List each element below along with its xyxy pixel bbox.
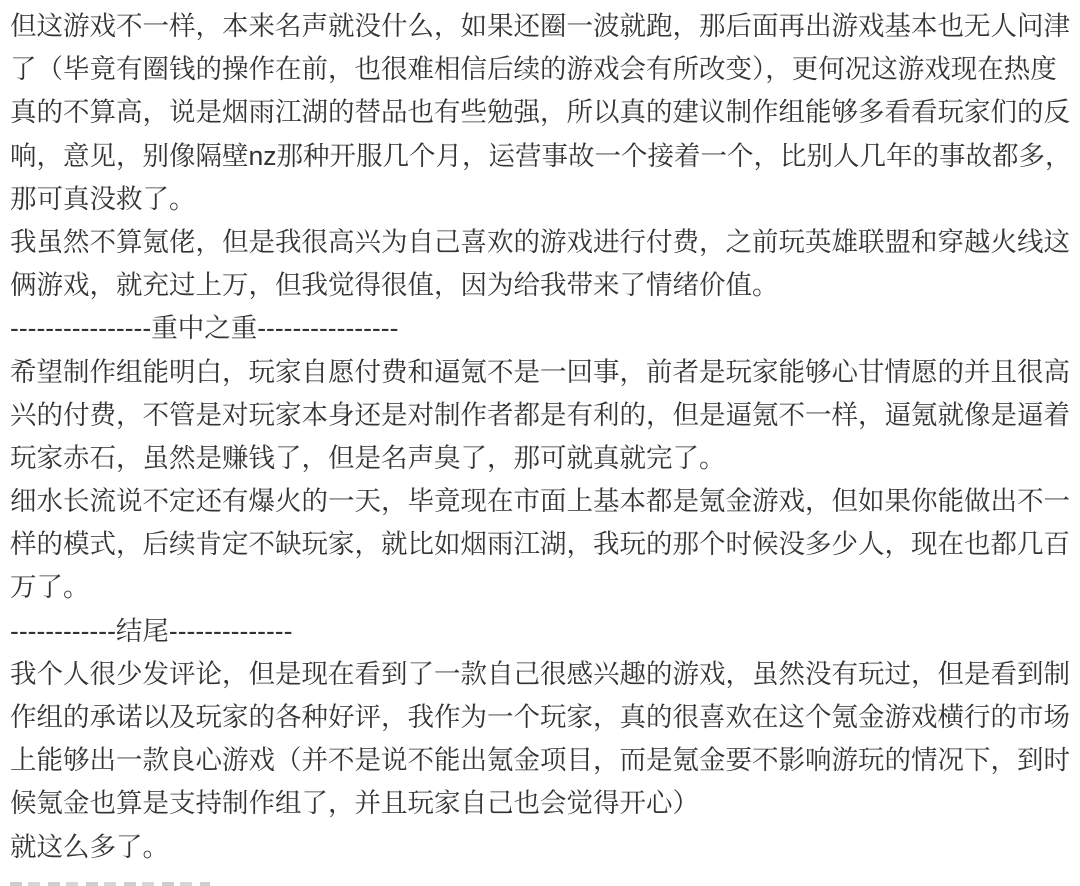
section-divider-line: ------------结尾-------------- — [10, 610, 1072, 653]
text-line: 候氪金也算是支持制作组了，并且玩家自己也会觉得开心） — [10, 782, 1072, 825]
text-line: 那可真没救了。 — [10, 178, 1072, 221]
text-line: 响，意见，别像隔壁nz那种开服几个月，运营事故一个接着一个，比别人几年的事故都多… — [10, 135, 1072, 178]
text-line: 我虽然不算氪佬，但是我很高兴为自己喜欢的游戏进行付费，之前玩英雄联盟和穿越火线这 — [10, 221, 1072, 264]
text-line: 了（毕竟有圈钱的操作在前，也很难相信后续的游戏会有所改变），更何况这游戏现在热度 — [10, 48, 1072, 91]
text-line: 上能够出一款良心游戏（并不是说不能出氪金项目，而是氪金要不影响游玩的情况下，到时 — [10, 739, 1072, 782]
text-line: 俩游戏，就充过上万，但我觉得很值，因为给我带来了情绪价值。 — [10, 264, 1072, 307]
text-line: 但这游戏不一样，本来名声就没什么，如果还圈一波就跑，那后面再出游戏基本也无人问津 — [10, 5, 1072, 48]
text-line: 兴的付费，不管是对玩家本身还是对制作者都是有利的，但是逼氪不一样，逼氪就像是逼着 — [10, 394, 1072, 437]
text-line: 真的不算高，说是烟雨江湖的替品也有些勉强，所以真的建议制作组能够多看看玩家们的反 — [10, 91, 1072, 134]
comment-body: 但这游戏不一样，本来名声就没什么，如果还圈一波就跑，那后面再出游戏基本也无人问津… — [0, 0, 1080, 869]
text-line: 就这么多了。 — [10, 826, 1072, 869]
text-line: 样的模式，后续肯定不缺玩家，就比如烟雨江湖，我玩的那个时候没多少人，现在也都几百 — [10, 523, 1072, 566]
text-line: 万了。 — [10, 566, 1072, 609]
text-line: 希望制作组能明白，玩家自愿付费和逼氪不是一回事，前者是玩家能够心甘情愿的并且很高 — [10, 351, 1072, 394]
text-line: 作组的承诺以及玩家的各种好评，我作为一个玩家，真的很喜欢在这个氪金游戏横行的市场 — [10, 696, 1072, 739]
cutoff-next-line — [10, 882, 210, 886]
section-divider-line: ----------------重中之重---------------- — [10, 307, 1072, 350]
text-line: 细水长流说不定还有爆火的一天，毕竟现在市面上基本都是氪金游戏，但如果你能做出不一 — [10, 480, 1072, 523]
text-line: 我个人很少发评论，但是现在看到了一款自己很感兴趣的游戏，虽然没有玩过，但是看到制 — [10, 653, 1072, 696]
text-line: 玩家赤石，虽然是赚钱了，但是名声臭了，那可就真就完了。 — [10, 437, 1072, 480]
